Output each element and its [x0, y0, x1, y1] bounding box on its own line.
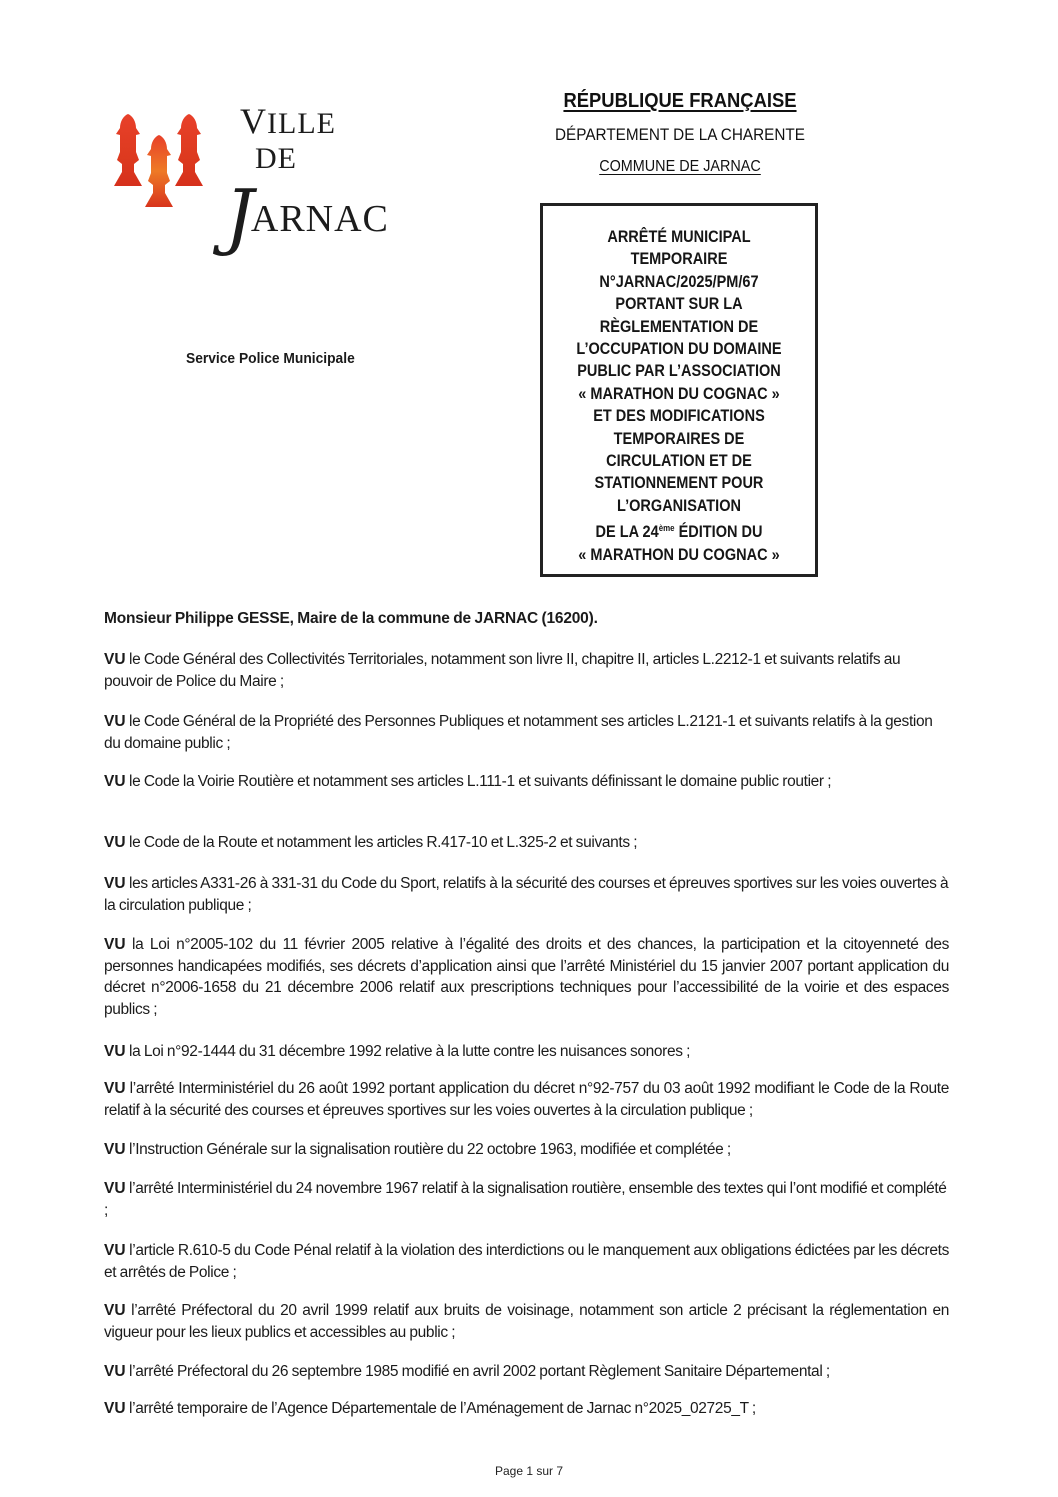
- vu-label: VU: [104, 1363, 126, 1380]
- consideration-paragraph: VU le Code de la Route et notamment les …: [104, 832, 949, 854]
- title-line-edition: DE LA 24ème ÉDITION DU: [559, 517, 798, 543]
- consideration-paragraph: VU les articles A331-26 à 331-31 du Code…: [104, 873, 949, 916]
- vu-label: VU: [104, 651, 126, 668]
- title-line: « MARATHON DU COGNAC »: [559, 544, 798, 566]
- title-line: ET DES MODIFICATIONS: [559, 405, 798, 427]
- consideration-paragraph: VU l’arrêté Interministériel du 26 août …: [104, 1078, 949, 1121]
- vu-label: VU: [104, 1400, 126, 1417]
- consideration-paragraph: VU la Loi n°92-1444 du 31 décembre 1992 …: [104, 1041, 949, 1063]
- title-line: PUBLIC PAR L’ASSOCIATION: [559, 360, 798, 382]
- vu-label: VU: [104, 713, 126, 730]
- vu-label: VU: [104, 773, 126, 790]
- title-line: L’OCCUPATION DU DOMAINE: [559, 338, 798, 360]
- vu-label: VU: [104, 936, 126, 953]
- decree-title-box: ARRÊTÉ MUNICIPALTEMPORAIREN°JARNAC/2025/…: [540, 203, 818, 577]
- title-line: N°JARNAC/2025/PM/67: [559, 271, 798, 293]
- document-page: VILLE DE JARNAC RÉPUBLIQUE FRANÇAISE DÉP…: [0, 0, 1058, 1497]
- consideration-paragraph: VU le Code Général de la Propriété des P…: [104, 711, 949, 754]
- vu-label: VU: [104, 1080, 126, 1097]
- department-heading: DÉPARTEMENT DE LA CHARENTE: [536, 125, 824, 145]
- vu-label: VU: [104, 1302, 126, 1319]
- vu-label: VU: [104, 875, 126, 892]
- three-fish-emblem-icon: [108, 98, 218, 218]
- title-line: ARRÊTÉ MUNICIPAL: [559, 226, 798, 248]
- vu-label: VU: [104, 834, 126, 851]
- consideration-paragraph: VU l’arrêté Préfectoral du 26 septembre …: [104, 1361, 949, 1383]
- consideration-paragraph: VU le Code Général des Collectivités Ter…: [104, 649, 949, 692]
- consideration-paragraph: VU la Loi n°2005-102 du 11 février 2005 …: [104, 934, 949, 1020]
- title-line: RÈGLEMENTATION DE: [559, 316, 798, 338]
- title-line: STATIONNEMENT POUR: [559, 472, 798, 494]
- consideration-paragraph: VU l’arrêté Interministériel du 24 novem…: [104, 1178, 949, 1221]
- ville-de-jarnac-logo: VILLE DE JARNAC: [108, 98, 388, 228]
- logo-text-ville: VILLE: [240, 100, 336, 142]
- vu-label: VU: [104, 1141, 126, 1158]
- service-label: Service Police Municipale: [186, 350, 355, 367]
- title-line: CIRCULATION ET DE: [559, 450, 798, 472]
- vu-label: VU: [104, 1180, 126, 1197]
- consideration-paragraph: VU l’arrêté temporaire de l’Agence Dépar…: [104, 1398, 949, 1420]
- vu-label: VU: [104, 1043, 126, 1060]
- consideration-paragraph: VU l’Instruction Générale sur la signali…: [104, 1139, 949, 1161]
- consideration-paragraph: VU le Code la Voirie Routière et notamme…: [104, 771, 949, 793]
- page-number: Page 1 sur 7: [0, 1464, 1058, 1478]
- title-line: PORTANT SUR LA: [559, 293, 798, 315]
- consideration-paragraph: VU l’arrêté Préfectoral du 20 avril 1999…: [104, 1300, 949, 1343]
- title-line: « MARATHON DU COGNAC »: [559, 383, 798, 405]
- logo-text-jarnac: JARNAC: [225, 170, 389, 242]
- consideration-paragraph: VU l’article R.610-5 du Code Pénal relat…: [104, 1240, 949, 1283]
- title-line: TEMPORAIRE: [559, 248, 798, 270]
- title-line: L’ORGANISATION: [559, 495, 798, 517]
- title-line: TEMPORAIRES DE: [559, 428, 798, 450]
- mayor-intro: Monsieur Philippe GESSE, Maire de la com…: [104, 608, 949, 630]
- vu-label: VU: [104, 1242, 126, 1259]
- republic-heading: RÉPUBLIQUE FRANÇAISE: [533, 90, 827, 113]
- commune-heading: COMMUNE DE JARNAC: [536, 158, 824, 176]
